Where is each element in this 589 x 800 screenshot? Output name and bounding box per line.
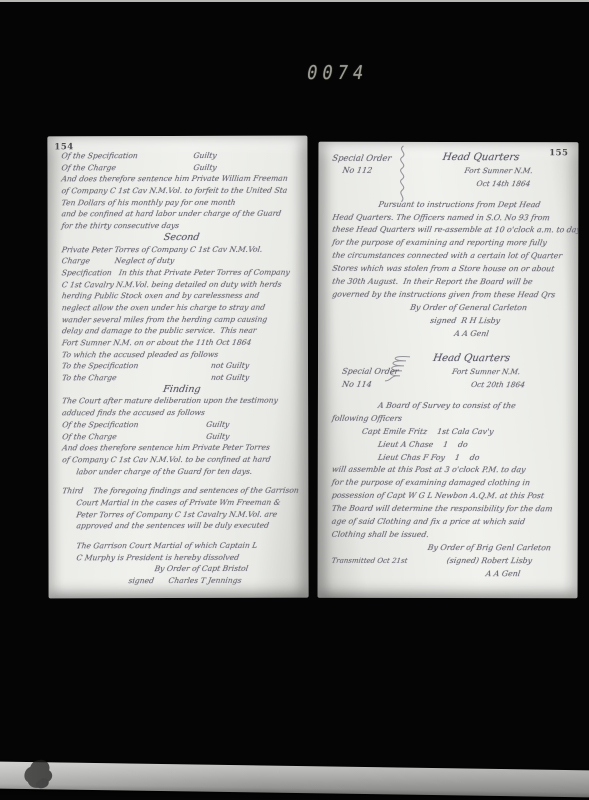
manuscript-line: signed R H Lisby bbox=[332, 314, 572, 327]
film-edge-line bbox=[0, 0, 589, 2]
manuscript-line: By Order of General Carleton bbox=[332, 302, 572, 315]
manuscript-line: Private Peter Torres of Company C 1st Ca… bbox=[62, 243, 302, 255]
manuscript-line: Fort Sumner N.M. on or about the 11th Oc… bbox=[62, 337, 302, 349]
manuscript-line: possession of Capt W G L Newbon A.Q.M. a… bbox=[332, 490, 572, 503]
manuscript-line: Capt Emile Fritz 1st Cala Cav'y bbox=[332, 426, 572, 439]
manuscript-page-left: 154 Of the SpecificationGuiltyOf the Cha… bbox=[47, 136, 308, 599]
manuscript-line: Special OrderHead Quarters bbox=[332, 152, 572, 165]
manuscript-line: for the thirty consecutive days bbox=[62, 220, 302, 232]
manuscript-line: To which the accused pleaded as follows bbox=[62, 348, 302, 360]
film-artifact-blob-icon bbox=[22, 758, 56, 792]
manuscript-line: the circumstances connected with a certa… bbox=[332, 250, 572, 263]
manuscript-line: neglect allow the oxen under his charge … bbox=[62, 302, 302, 314]
manuscript-line: A A Genl bbox=[332, 327, 572, 340]
manuscript-line: of Company C 1st Cav N.M.Vol. to be conf… bbox=[62, 454, 302, 466]
manuscript-line: Head Quarters. The Officers named in S.O… bbox=[332, 211, 572, 224]
manuscript-line: C Murphy is President is hereby dissolve… bbox=[62, 551, 302, 563]
manuscript-line: By Order of Capt Bristol bbox=[63, 563, 303, 575]
manuscript-line bbox=[332, 340, 572, 353]
manuscript-line: And does therefore sentence him Private … bbox=[62, 442, 302, 454]
manuscript-line: ThirdThe foregoing findings and sentence… bbox=[62, 485, 302, 497]
manuscript-line: Clothing shall be issued. bbox=[332, 529, 572, 542]
manuscript-line: age of said Clothing and fix a price at … bbox=[332, 516, 572, 529]
manuscript-line: Of the SpecificationGuilty bbox=[61, 150, 301, 162]
manuscript-line: delay and damage to the public service. … bbox=[62, 325, 302, 337]
manuscript-line: C 1st Cavalry N.M.Vol. being detailed on… bbox=[62, 278, 302, 290]
manuscript-line: approved and the sentences will be duly … bbox=[62, 520, 302, 532]
manuscript-line: The Garrison Court Martial of which Capt… bbox=[62, 540, 302, 552]
manuscript-line: following Officers bbox=[332, 413, 572, 426]
manuscript-line: Of the SpecificationGuilty bbox=[62, 418, 302, 430]
archival-photo: 0074 154 Of the SpecificationGuiltyOf th… bbox=[0, 0, 589, 800]
manuscript-line: Peter Torres of Company C 1st Cavalry N.… bbox=[62, 508, 302, 520]
manuscript-line: herding Public Stock oxen and by careles… bbox=[62, 290, 302, 302]
manuscript-line: The Court after mature deliberation upon… bbox=[62, 395, 302, 407]
manuscript-line: Of the ChargeGuilty bbox=[62, 430, 302, 442]
manuscript-line: Lieut A Chase 1 do bbox=[332, 438, 572, 451]
manuscript-line: signed Charles T Jennings bbox=[63, 575, 303, 587]
manuscript-line: for the purpose of examining damaged clo… bbox=[332, 477, 572, 490]
manuscript-line: will assemble at this Post at 3 o'clock … bbox=[332, 464, 572, 477]
manuscript-page-right: 155 Special OrderHead QuartersNo 112Fort… bbox=[318, 142, 579, 599]
manuscript-line: Oct 14th 1864 bbox=[332, 178, 572, 191]
manuscript-line: By Order of Brig Genl Carleton bbox=[332, 542, 572, 555]
manuscript-line: and be confined at hard labor under char… bbox=[62, 208, 302, 220]
manuscript-line: of Company C 1st Cav N.M.Vol. to forfeit… bbox=[62, 185, 302, 197]
manuscript-line: Special OrderFort Sumner N.M. bbox=[332, 366, 572, 379]
manuscript-line: Court Martial in the cases of Private Wm… bbox=[62, 497, 302, 509]
manuscript-line: Second bbox=[62, 231, 302, 243]
frame-counter-stamp: 0074 bbox=[303, 62, 389, 96]
manuscript-line: the 30th August. In their Report the Boa… bbox=[332, 276, 572, 289]
manuscript-line: adduced finds the accused as follows bbox=[62, 407, 302, 419]
manuscript-line: A A Genl bbox=[332, 567, 572, 580]
manuscript-line: Head Quarters bbox=[332, 353, 572, 366]
manuscript-line: To the Specificationnot Guilty bbox=[62, 360, 302, 372]
manuscript-line: wander several miles from the herding ca… bbox=[62, 313, 302, 325]
manuscript-line: labor under charge of the Guard for ten … bbox=[62, 465, 302, 477]
scanner-bed-strip bbox=[0, 761, 589, 797]
manuscript-line: And does therefore sentence him Private … bbox=[61, 173, 301, 185]
manuscript-line: ChargeNeglect of duty bbox=[62, 255, 302, 267]
manuscript-line: Pursuant to instructions from Dept Head bbox=[332, 198, 572, 211]
manuscript-line: A Board of Survey to consist of the bbox=[332, 400, 572, 413]
manuscript-line: No 112Fort Sumner N.M. bbox=[332, 165, 572, 178]
manuscript-line: Transmitted Oct 21st(signed) Robert Lisb… bbox=[332, 554, 572, 567]
manuscript-line: No 114Oct 20th 1864 bbox=[332, 379, 572, 392]
manuscript-line: The Board will determine the responsibil… bbox=[332, 503, 572, 516]
manuscript-line: Stores which was stolen from a Store hou… bbox=[332, 263, 572, 276]
manuscript-line: To the Chargenot Guilty bbox=[62, 372, 302, 384]
manuscript-line: governed by the instructions given from … bbox=[332, 289, 572, 302]
page-text: Of the SpecificationGuiltyOf the ChargeG… bbox=[61, 150, 302, 587]
manuscript-line: Lieut Chas F Foy 1 do bbox=[332, 451, 572, 464]
manuscript-line: these Head Quarters will re-assemble at … bbox=[332, 224, 572, 237]
page-text: Special OrderHead QuartersNo 112Fort Sum… bbox=[332, 152, 573, 581]
manuscript-line: Specification In this that Private Peter… bbox=[62, 267, 302, 279]
manuscript-line: for the purpose of examining and reporti… bbox=[332, 237, 572, 250]
